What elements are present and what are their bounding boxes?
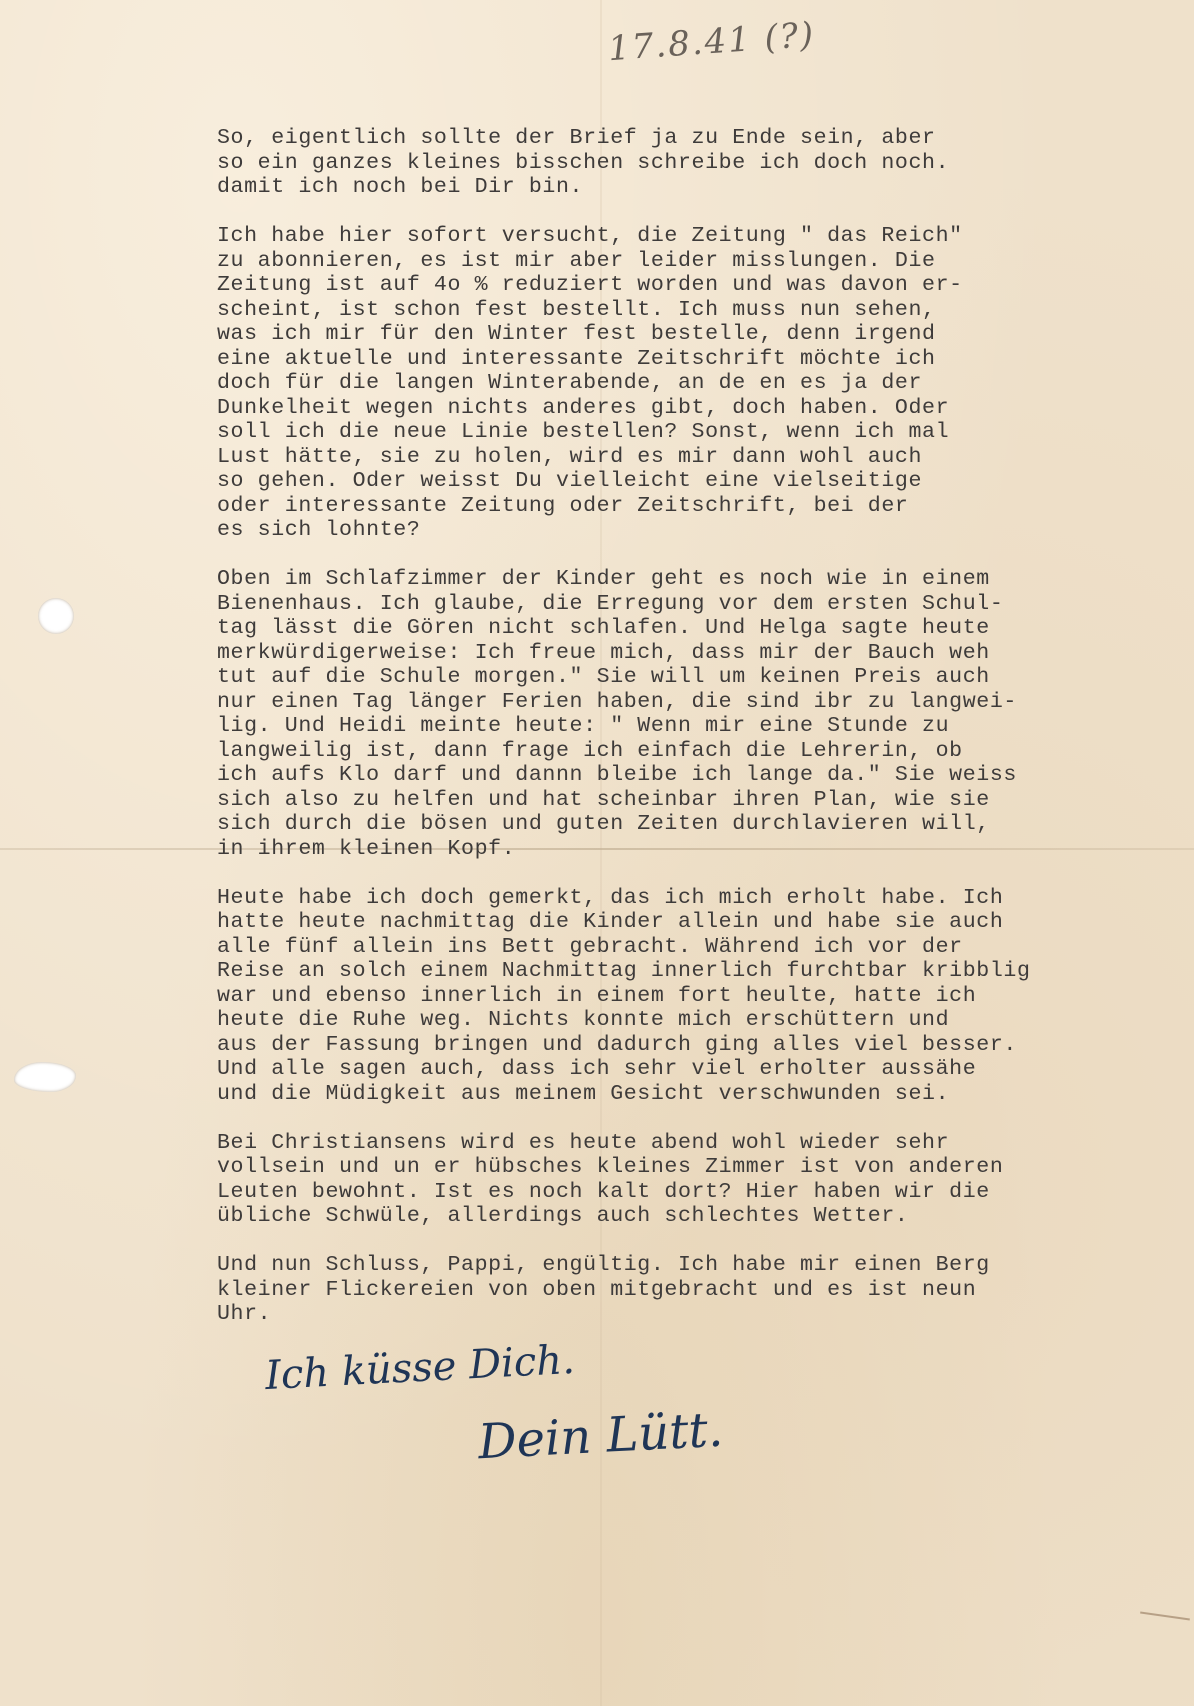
torn-punch-hole (14, 1062, 76, 1092)
text-line: vollsein und un er hübsches kleines Zimm… (217, 1155, 1137, 1180)
text-line: Und alle sagen auch, dass ich sehr viel … (217, 1057, 1137, 1082)
text-line: zu abonnieren, es ist mir aber leider mi… (217, 249, 1137, 274)
text-line: kleiner Flickereien von oben mitgebracht… (217, 1278, 1137, 1303)
handwritten-signature: Dein Lütt. (477, 1402, 725, 1471)
text-line: tut auf die Schule morgen." Sie will um … (217, 665, 1137, 690)
text-line: alle fünf allein ins Bett gebracht. Währ… (217, 935, 1137, 960)
text-line: oder interessante Zeitung oder Zeitschri… (217, 494, 1137, 519)
text-line: langweilig ist, dann frage ich einfach d… (217, 739, 1137, 764)
text-line: Und nun Schluss, Pappi, engültig. Ich ha… (217, 1253, 1137, 1278)
paragraph: Oben im Schlafzimmer der Kinder geht es … (217, 567, 1137, 861)
letter-body: So, eigentlich sollte der Brief ja zu En… (217, 126, 1137, 1351)
text-line: eine aktuelle und interessante Zeitschri… (217, 347, 1137, 372)
punch-hole (38, 598, 74, 634)
text-line: soll ich die neue Linie bestellen? Sonst… (217, 420, 1137, 445)
text-line: tag lässt die Gören nicht schlafen. Und … (217, 616, 1137, 641)
text-line: aus der Fassung bringen und dadurch ging… (217, 1033, 1137, 1058)
text-line: Ich habe hier sofort versucht, die Zeitu… (217, 224, 1137, 249)
text-line: in ihrem kleinen Kopf. (217, 837, 1137, 862)
letter-page: 17.8.41 (?) So, eigentlich sollte der Br… (0, 0, 1194, 1706)
paper-tear (1140, 1612, 1190, 1621)
date-annotation: 17.8.41 (?) (607, 15, 817, 69)
text-line: ich aufs Klo darf und dannn bleibe ich l… (217, 763, 1137, 788)
text-line: sich also zu helfen und hat scheinbar ih… (217, 788, 1137, 813)
text-line: merkwürdigerweise: Ich freue mich, dass … (217, 641, 1137, 666)
text-line: was ich mir für den Winter fest bestelle… (217, 322, 1137, 347)
text-line: Zeitung ist auf 4o % reduziert worden un… (217, 273, 1137, 298)
text-line: und die Müdigkeit aus meinem Gesicht ver… (217, 1082, 1137, 1107)
text-line: lig. Und Heidi meinte heute: " Wenn mir … (217, 714, 1137, 739)
text-line: heute die Ruhe weg. Nichts konnte mich e… (217, 1008, 1137, 1033)
paragraph: Bei Christiansens wird es heute abend wo… (217, 1131, 1137, 1229)
text-line: übliche Schwüle, allerdings auch schlech… (217, 1204, 1137, 1229)
paragraph: Ich habe hier sofort versucht, die Zeitu… (217, 224, 1137, 543)
text-line: nur einen Tag länger Ferien haben, die s… (217, 690, 1137, 715)
paragraph: Heute habe ich doch gemerkt, das ich mic… (217, 886, 1137, 1107)
text-line: sich durch die bösen und guten Zeiten du… (217, 812, 1137, 837)
paragraph: So, eigentlich sollte der Brief ja zu En… (217, 126, 1137, 200)
paragraph: Und nun Schluss, Pappi, engültig. Ich ha… (217, 1253, 1137, 1327)
text-line: scheint, ist schon fest bestellt. Ich mu… (217, 298, 1137, 323)
text-line: Reise an solch einem Nachmittag innerlic… (217, 959, 1137, 984)
text-line: Lust hätte, sie zu holen, wird es mir da… (217, 445, 1137, 470)
text-line: war und ebenso innerlich in einem fort h… (217, 984, 1137, 1009)
text-line: Heute habe ich doch gemerkt, das ich mic… (217, 886, 1137, 911)
text-line: es sich lohnte? (217, 518, 1137, 543)
text-line: so ein ganzes kleines bisschen schreibe … (217, 151, 1137, 176)
text-line: doch für die langen Winterabende, an de … (217, 371, 1137, 396)
text-line: So, eigentlich sollte der Brief ja zu En… (217, 126, 1137, 151)
text-line: Oben im Schlafzimmer der Kinder geht es … (217, 567, 1137, 592)
text-line: Bienenhaus. Ich glaube, die Erregung vor… (217, 592, 1137, 617)
text-line: so gehen. Oder weisst Du vielleicht eine… (217, 469, 1137, 494)
text-line: damit ich noch bei Dir bin. (217, 175, 1137, 200)
text-line: Leuten bewohnt. Ist es noch kalt dort? H… (217, 1180, 1137, 1205)
text-line: Bei Christiansens wird es heute abend wo… (217, 1131, 1137, 1156)
text-line: Dunkelheit wegen nichts anderes gibt, do… (217, 396, 1137, 421)
text-line: Uhr. (217, 1302, 1137, 1327)
text-line: hatte heute nachmittag die Kinder allein… (217, 910, 1137, 935)
